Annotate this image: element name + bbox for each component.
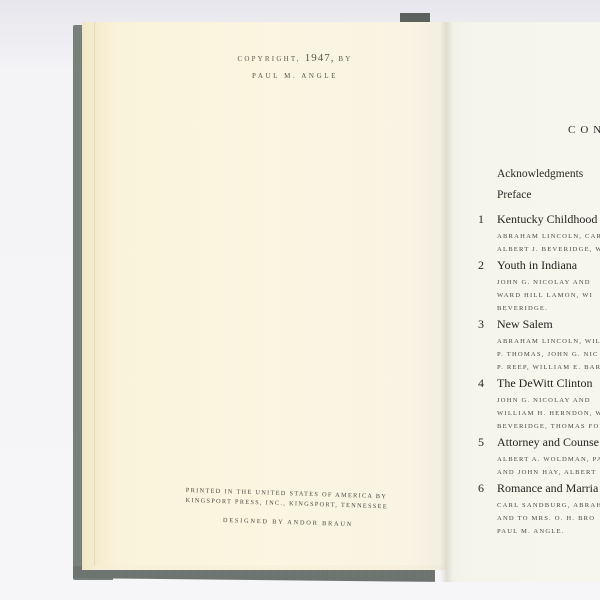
copyright-by: BY bbox=[338, 55, 352, 63]
chapter-source: ABRAHAM LINCOLN, CAR bbox=[497, 230, 600, 243]
chapter-source: JOHN G. NICOLAY AND bbox=[497, 394, 600, 407]
table-of-contents: Acknowledgments Preface 1 Kentucky Child… bbox=[478, 168, 600, 538]
chapter-source: P. THOMAS, JOHN G. NIC bbox=[497, 348, 600, 361]
copyright-year: 1947, bbox=[305, 52, 335, 64]
chapter-source: BEVERIDGE. bbox=[497, 302, 600, 315]
chapter-source: P. REEP, WILLIAM E. BAR bbox=[497, 361, 600, 374]
chapter-title: Romance and Marria bbox=[497, 481, 598, 496]
toc-chapter-3: 3 New Salem ABRAHAM LINCOLN, WIL P. THOM… bbox=[478, 317, 600, 374]
chapter-source: BEVERIDGE, THOMAS FOR bbox=[497, 420, 600, 433]
copyright-line: COPYRIGHT, 1947, BY bbox=[200, 52, 390, 64]
copyright-author: PAUL M. ANGLE bbox=[200, 72, 390, 80]
chapter-number: 6 bbox=[478, 481, 497, 496]
chapter-source: PAUL M. ANGLE. bbox=[497, 525, 600, 538]
chapter-source: WILLIAM H. HERNDON, W bbox=[497, 407, 600, 420]
copyright-label: COPYRIGHT, bbox=[237, 55, 300, 63]
toc-chapter-4: 4 The DeWitt Clinton JOHN G. NICOLAY AND… bbox=[478, 376, 600, 433]
left-page bbox=[95, 22, 446, 565]
toc-chapter-1: 1 Kentucky Childhood ABRAHAM LINCOLN, CA… bbox=[478, 212, 600, 256]
chapter-title: New Salem bbox=[497, 317, 553, 332]
toc-chapter-6: 6 Romance and Marria CARL SANDBURG, ABRA… bbox=[478, 481, 600, 538]
chapter-number: 2 bbox=[478, 258, 497, 273]
chapter-number: 5 bbox=[478, 435, 497, 450]
toc-chapter-2: 2 Youth in Indiana JOHN G. NICOLAY AND W… bbox=[478, 258, 600, 315]
chapter-source: ALBERT A. WOLDMAN, PA bbox=[497, 453, 600, 466]
chapter-number: 1 bbox=[478, 212, 497, 227]
chapter-source: AND TO MRS. O. H. BRO bbox=[497, 512, 600, 525]
chapter-number: 3 bbox=[478, 317, 497, 332]
chapter-title: Kentucky Childhood bbox=[497, 212, 597, 227]
toc-acknowledgments: Acknowledgments bbox=[478, 168, 600, 189]
chapter-title: The DeWitt Clinton bbox=[497, 376, 593, 391]
contents-heading: CON bbox=[568, 124, 600, 136]
chapter-source: CARL SANDBURG, ABRAH bbox=[497, 499, 600, 512]
chapter-title: Attorney and Counse bbox=[497, 435, 599, 450]
toc-preface: Preface bbox=[478, 189, 600, 210]
chapter-title: Youth in Indiana bbox=[497, 258, 577, 273]
chapter-source: ABRAHAM LINCOLN, WIL bbox=[497, 335, 600, 348]
toc-chapter-5: 5 Attorney and Counse ALBERT A. WOLDMAN,… bbox=[478, 435, 600, 479]
chapter-source: JOHN G. NICOLAY AND bbox=[497, 276, 600, 289]
chapter-number: 4 bbox=[478, 376, 497, 391]
book-gutter bbox=[440, 22, 452, 582]
chapter-source: AND JOHN HAY, ALBERT bbox=[497, 466, 600, 479]
book-photo: COPYRIGHT, 1947, BY PAUL M. ANGLE PRINTE… bbox=[0, 0, 600, 600]
chapter-source: WARD HILL LAMON, WI bbox=[497, 289, 600, 302]
chapter-source: ALBERT J. BEVERIDGE, W bbox=[497, 243, 600, 256]
